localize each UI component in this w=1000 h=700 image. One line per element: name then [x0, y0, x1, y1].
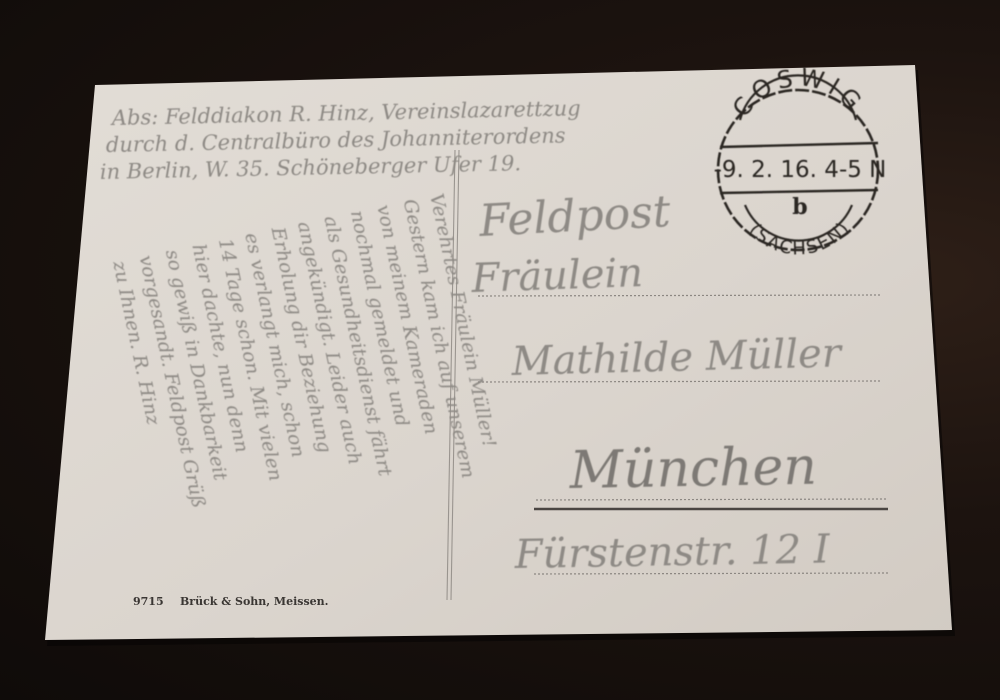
postmark-date: -9. 2. 16. 4-5 N: [714, 157, 887, 183]
postcard: Abs: Felddiakon R. Hinz, Vereinslazarett…: [0, 0, 1000, 700]
address-city: München: [568, 437, 817, 501]
address-salutation: Fräulein: [470, 250, 644, 302]
sender-block: Abs: Felddiakon R. Hinz, Vereinslazarett…: [100, 96, 581, 184]
imprint-number: 9715: [133, 595, 164, 608]
photo-scene: Abs: Felddiakon R. Hinz, Vereinslazarett…: [0, 0, 1000, 700]
address-street: Fürstenstr. 12 I: [513, 526, 831, 578]
postmark-letter: b: [792, 194, 807, 220]
imprint-publisher: Brück & Sohn, Meissen.: [180, 595, 329, 608]
address-name: Mathilde Müller: [510, 330, 844, 385]
publisher-imprint: 9715 Brück & Sohn, Meissen.: [133, 595, 329, 608]
address-service: Feldpost: [477, 186, 672, 247]
